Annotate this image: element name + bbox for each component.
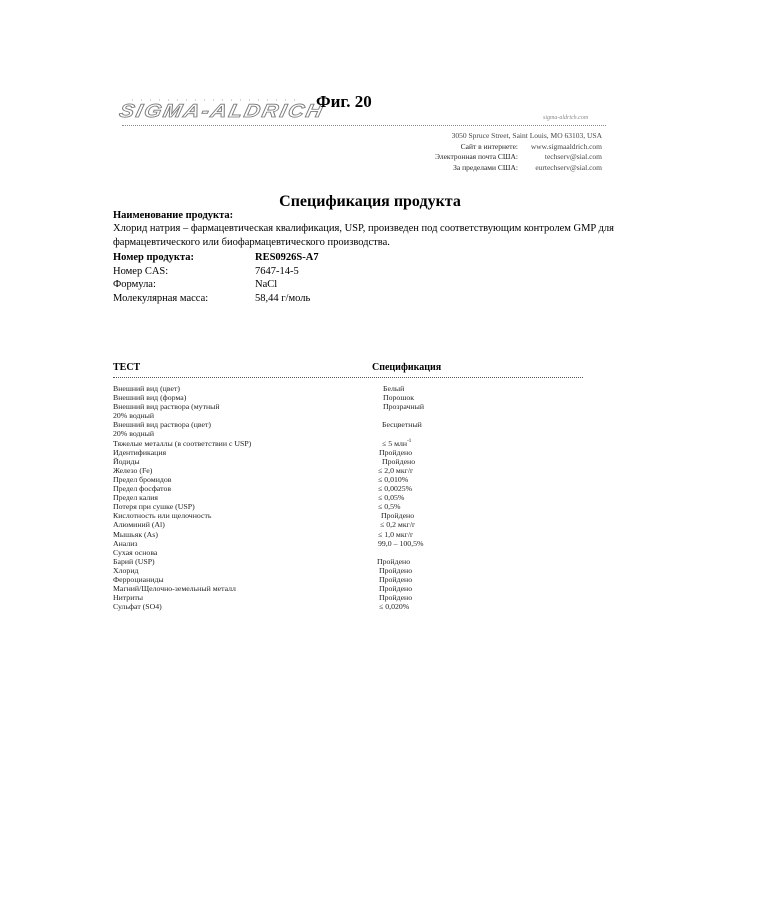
table-row: 20% водный: [113, 429, 424, 438]
table-row: Внешний вид (цвет)Белый: [113, 384, 424, 393]
table-row: Внешний вид раствора (цвет)Бесцветный: [113, 420, 424, 429]
test-name: Нитриты: [113, 593, 377, 602]
header-divider: [122, 125, 606, 126]
website-link[interactable]: www.sigmaaldrich.com: [518, 142, 602, 153]
property-label: Формула:: [113, 278, 255, 292]
test-name: Йодиды: [113, 457, 377, 466]
spec-value: ≤ 5 млн: [377, 439, 407, 448]
document-title: Спецификация продукта: [0, 193, 740, 211]
table-row: Потеря при сушке (USP)≤ 0,5%: [113, 502, 424, 511]
table-row: Анализ99,0 – 100,5%: [113, 539, 424, 548]
spec-value: Бесцветный: [377, 420, 422, 429]
column-header-test: ТЕСТ: [113, 362, 140, 373]
email-us-label: Электронная почта США:: [435, 152, 518, 163]
test-name: 20% водный: [113, 429, 377, 438]
test-name: Алюминий (Al): [113, 520, 377, 529]
spec-value: Прозрачный: [377, 402, 424, 411]
test-name: Тяжелые металлы (в соответствии с USP): [113, 439, 377, 448]
table-row: Барий (USP)Пройдено: [113, 557, 424, 566]
product-properties: Номер продукта:RES0926S-A7Номер CAS:7647…: [113, 251, 319, 305]
test-name: Предел фосфатов: [113, 484, 377, 493]
table-row: Внешний вид (форма)Порошок: [113, 393, 424, 402]
table-row: Тяжелые металлы (в соответствии с USP)≤ …: [113, 439, 424, 448]
property-value: RES0926S-A7: [255, 251, 319, 265]
test-name: Потеря при сушке (USP): [113, 502, 377, 511]
table-row: Сухая основа: [113, 548, 424, 557]
table-row: НитритыПройдено: [113, 593, 424, 602]
property-row: Номер продукта:RES0926S-A7: [113, 251, 319, 265]
spec-value: 99,0 – 100,5%: [377, 539, 423, 548]
table-row: Кислотность или щелочностьПройдено: [113, 511, 424, 520]
table-row: Внешний вид раствора (мутныйПрозрачный: [113, 402, 424, 411]
spec-value: ≤ 0,2 мкг/г: [377, 520, 415, 529]
test-name: Внешний вид (цвет): [113, 384, 377, 393]
test-name: 20% водный: [113, 411, 377, 420]
spec-value: Пройдено: [377, 584, 412, 593]
table-row: Сульфат (SO4)≤ 0,020%: [113, 602, 424, 611]
property-value: 7647-14-5: [255, 265, 299, 279]
table-row: Мышьяк (As)≤ 1,0 мкг/г: [113, 530, 424, 539]
spec-table-body: Внешний вид (цвет)БелыйВнешний вид (форм…: [113, 384, 424, 611]
spec-value: Пройдено: [377, 511, 414, 520]
table-divider: [113, 377, 583, 378]
table-row: Алюминий (Al)≤ 0,2 мкг/г: [113, 520, 424, 529]
property-label: Номер продукта:: [113, 251, 255, 265]
test-name: Внешний вид раствора (цвет): [113, 420, 377, 429]
table-row: ХлоридПройдено: [113, 566, 424, 575]
table-row: Железо (Fe)≤ 2,0 мкг/г: [113, 466, 424, 475]
test-name: Идентификация: [113, 448, 377, 457]
spec-value: ≤ 2,0 мкг/г: [377, 466, 413, 475]
test-name: Мышьяк (As): [113, 530, 377, 539]
table-row: ИдентификацияПройдено: [113, 448, 424, 457]
figure-label: Фиг. 20: [316, 92, 372, 112]
spec-value: Белый: [377, 384, 404, 393]
tagline: sigma-aldrich.com: [543, 115, 588, 121]
property-label: Молекулярная масса:: [113, 292, 255, 306]
table-row: Магний/Щелочно-земельный металлПройдено: [113, 584, 424, 593]
test-name: Барий (USP): [113, 557, 377, 566]
spec-superscript: -1: [407, 439, 411, 448]
spec-value: Пройдено: [377, 557, 410, 566]
address: 3050 Spruce Street, Saint Louis, MO 6310…: [452, 131, 602, 142]
spec-value: Пройдено: [377, 575, 412, 584]
spec-value: Пройдено: [377, 593, 412, 602]
spec-value: ≤ 0,010%: [377, 475, 408, 484]
test-name: Сульфат (SO4): [113, 602, 377, 611]
test-name: Ферроцианиды: [113, 575, 377, 584]
table-row: 20% водный: [113, 411, 424, 420]
table-row: Предел бромидов≤ 0,010%: [113, 475, 424, 484]
table-row: Предел фосфатов≤ 0,0025%: [113, 484, 424, 493]
spec-value: ≤ 0,0025%: [377, 484, 412, 493]
table-row: Предел калия≤ 0,05%: [113, 493, 424, 502]
spec-value: Порошок: [377, 393, 414, 402]
spec-value: Пройдено: [377, 457, 415, 466]
test-name: Предел калия: [113, 493, 377, 502]
email-intl-label: За пределами США:: [453, 163, 518, 174]
spec-value: ≤ 1,0 мкг/г: [377, 530, 413, 539]
column-header-spec: Спецификация: [372, 362, 441, 373]
spec-value: Пройдено: [377, 448, 412, 457]
table-row: ФерроцианидыПройдено: [113, 575, 424, 584]
property-value: 58,44 г/моль: [255, 292, 310, 306]
product-description: Хлорид натрия – фармацевтическая квалифи…: [113, 222, 643, 250]
email-intl-link[interactable]: eurtechserv@sial.com: [518, 163, 602, 174]
test-name: Внешний вид (форма): [113, 393, 377, 402]
test-name: Кислотность или щелочность: [113, 511, 377, 520]
sigma-aldrich-logo: SIGMA-ALDRICH: [117, 100, 326, 122]
property-row: Формула:NaCl: [113, 278, 319, 292]
property-label: Номер CAS:: [113, 265, 255, 279]
spec-value: ≤ 0,020%: [377, 602, 409, 611]
test-name: Сухая основа: [113, 548, 377, 557]
test-name: Анализ: [113, 539, 377, 548]
spec-value: ≤ 0,05%: [377, 493, 404, 502]
table-row: ЙодидыПройдено: [113, 457, 424, 466]
test-name: Предел бромидов: [113, 475, 377, 484]
test-name: Хлорид: [113, 566, 377, 575]
website-label: Сайт в интернете:: [461, 142, 518, 153]
spec-value: ≤ 0,5%: [377, 502, 400, 511]
test-name: Внешний вид раствора (мутный: [113, 402, 377, 411]
property-value: NaCl: [255, 278, 277, 292]
spec-value: Пройдено: [377, 566, 412, 575]
contact-block: 3050 Spruce Street, Saint Louis, MO 6310…: [435, 131, 602, 173]
product-name-label: Наименование продукта:: [113, 210, 233, 221]
test-name: Магний/Щелочно-земельный металл: [113, 584, 377, 593]
test-name: Железо (Fe): [113, 466, 377, 475]
email-us-link[interactable]: techserv@sial.com: [518, 152, 602, 163]
property-row: Номер CAS:7647-14-5: [113, 265, 319, 279]
property-row: Молекулярная масса:58,44 г/моль: [113, 292, 319, 306]
